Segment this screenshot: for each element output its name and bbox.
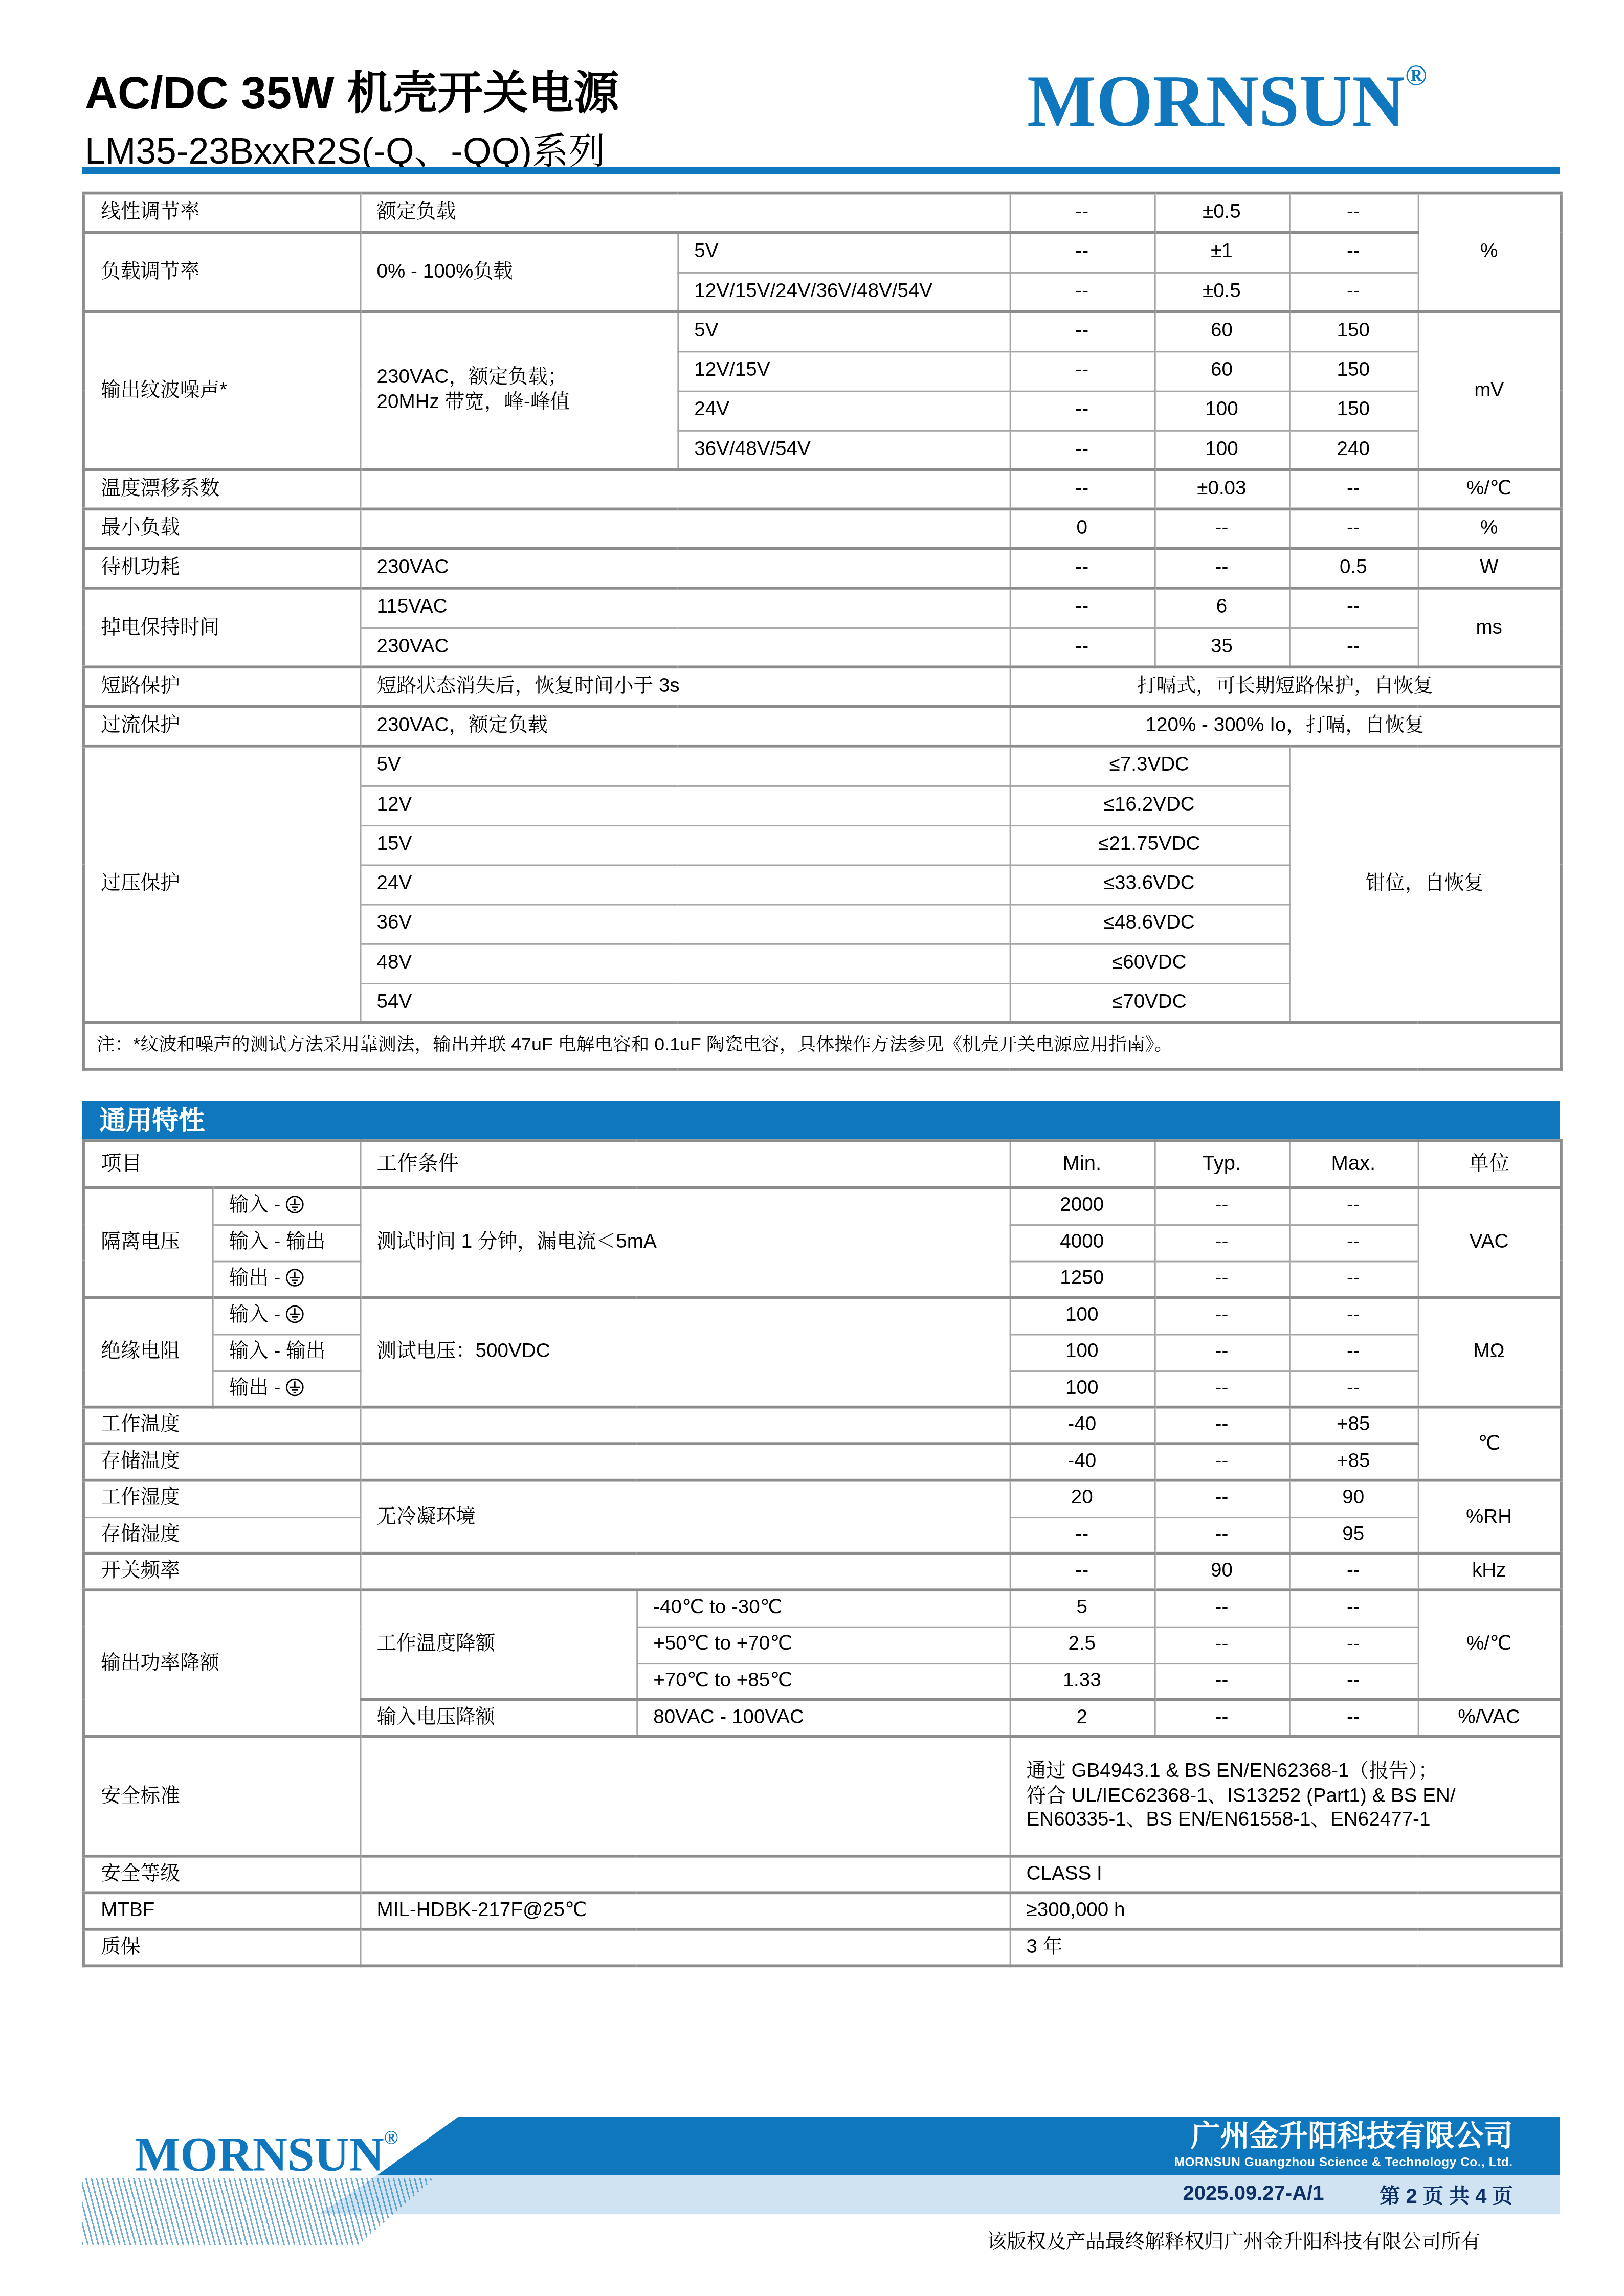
min-cell: 5 <box>1010 1590 1154 1627</box>
max-cell: 95 <box>1289 1517 1418 1554</box>
scale-wrap: AC/DC 35W 机壳开关电源 LM35-23BxxR2S(-Q、-QQ)系列… <box>0 0 1624 2296</box>
min-cell: -- <box>1010 311 1154 351</box>
min-cell: 2 <box>1010 1700 1154 1737</box>
sub-cell: 5V <box>677 233 1009 272</box>
row-isolation-input-ground: 隔离电压 输入 - 测试时间 1 分钟，漏电流＜5mA 2000 -- -- V… <box>83 1188 1561 1225</box>
unit-cell: %/℃ <box>1418 469 1561 509</box>
row-over-current: 过流保护 230VAC，额定负载 120% - 300% Io，打嗝，自恢复 <box>83 707 1561 746</box>
max-cell: -- <box>1289 1334 1418 1371</box>
value-cell: ≥300,000 h <box>1010 1893 1561 1929</box>
max-cell: 150 <box>1289 311 1418 351</box>
unit-cell: mV <box>1418 311 1561 469</box>
typ-cell: -- <box>1154 1590 1289 1627</box>
param-cell: 安全标准 <box>83 1736 360 1856</box>
empty-cell <box>360 509 1010 548</box>
param-cell: 绝缘电阻 <box>83 1297 212 1407</box>
min-cell: -- <box>1010 627 1154 667</box>
max-cell: 0.5 <box>1289 549 1418 588</box>
param-cell: 工作湿度 <box>83 1480 360 1517</box>
value-cell: ≤48.6VDC <box>1010 904 1289 943</box>
param-cell: 存储湿度 <box>83 1517 360 1554</box>
value-cell: ≤33.6VDC <box>1010 864 1289 904</box>
min-cell: -- <box>1010 1517 1154 1554</box>
footer-version-line: 2025.09.27-A/1 第 2 页 共 4 页 <box>1183 2181 1512 2210</box>
min-cell: 1250 <box>1010 1261 1154 1298</box>
typ-cell: ±0.5 <box>1154 272 1289 311</box>
row-mtbf: MTBF MIL-HDBK-217F@25℃ ≥300,000 h <box>83 1893 1561 1929</box>
param-cell: 过压保护 <box>83 746 360 1023</box>
row-storage-temp: 存储温度 -40 -- +85 <box>83 1444 1561 1480</box>
typ-cell: 35 <box>1154 627 1289 667</box>
header-max-cell: Max. <box>1289 1141 1418 1188</box>
value-cell: ≤7.3VDC <box>1010 746 1289 785</box>
cond-cell: +70℃ to +85℃ <box>636 1663 1009 1700</box>
max-cell: -- <box>1289 1627 1418 1663</box>
max-cell: -- <box>1289 1261 1418 1298</box>
row-safety-standards: 安全标准 通过 GB4943.1 & BS EN/EN62368-1（报告）； … <box>83 1736 1561 1856</box>
sub-cell: 工作温度降额 <box>360 1590 637 1700</box>
value-cell: 3 年 <box>1010 1929 1561 1966</box>
param-cell: 工作温度 <box>83 1407 360 1444</box>
max-cell: -- <box>1289 1370 1418 1407</box>
unit-cell: VAC <box>1418 1188 1561 1298</box>
min-cell: 4000 <box>1010 1224 1154 1261</box>
row-derating-temp-1: 输出功率降额 工作温度降额 -40℃ to -30℃ 5 -- -- %/℃ <box>83 1590 1561 1627</box>
sub-cell: 输入电压降额 <box>360 1700 637 1737</box>
sub-cell: 输入 - 输出 <box>212 1334 360 1371</box>
doc-version: 2025.09.27-A/1 <box>1183 2181 1324 2210</box>
general-table: 项目 工作条件 Min. Typ. Max. 单位 隔离电压 输入 - 测试时间… <box>82 1139 1563 1967</box>
max-cell: -- <box>1289 1188 1418 1225</box>
max-cell: 150 <box>1289 391 1418 430</box>
typ-cell: ±1 <box>1154 233 1289 272</box>
typ-cell: -- <box>1154 1370 1289 1407</box>
typ-cell: -- <box>1154 1188 1289 1225</box>
empty-cell <box>360 1407 1010 1444</box>
sub-label: 输入 - <box>229 1303 281 1325</box>
min-cell: 20 <box>1010 1480 1154 1517</box>
cond-cell: -40℃ to -30℃ <box>636 1590 1009 1627</box>
typ-cell: -- <box>1154 1517 1289 1554</box>
value-cell: ≤16.2VDC <box>1010 785 1289 825</box>
unit-cell: % <box>1418 509 1561 548</box>
param-cell: 掉电保持时间 <box>83 588 360 667</box>
section-header-general: 通用特性 <box>82 1101 1560 1139</box>
param-cell: 安全等级 <box>83 1856 360 1893</box>
max-cell: -- <box>1289 1554 1418 1590</box>
min-cell: -- <box>1010 469 1154 509</box>
sub-cell: 输入 - 输出 <box>212 1224 360 1261</box>
empty-cell <box>360 1929 1010 1966</box>
ground-icon <box>285 1268 304 1287</box>
sub-cell: 12V <box>360 785 1010 825</box>
sub-cell: 24V <box>677 391 1009 430</box>
max-cell: -- <box>1289 1590 1418 1627</box>
header-divider <box>82 167 1560 174</box>
cond-cell: 230VAC，额定负载； 20MHz 带宽，峰-峰值 <box>360 311 678 469</box>
typ-cell: -- <box>1154 1663 1289 1700</box>
footer-company: 广州金升阳科技有限公司 MORNSUN Guangzhou Science & … <box>1174 2121 1513 2169</box>
row-temp-drift: 温度漂移系数 -- ±0.03 -- %/℃ <box>83 469 1561 509</box>
min-cell: -- <box>1010 351 1154 390</box>
min-cell: 100 <box>1010 1297 1154 1334</box>
row-switching-frequency: 开关频率 -- 90 -- kHz <box>83 1554 1561 1590</box>
value-cell: 通过 GB4943.1 & BS EN/EN62368-1（报告）； 符合 UL… <box>1010 1736 1561 1856</box>
header-typ-cell: Typ. <box>1154 1141 1289 1188</box>
empty-cell <box>360 1554 1010 1590</box>
param-cell: 过流保护 <box>83 707 360 746</box>
row-min-load: 最小负载 0 -- -- % <box>83 509 1561 548</box>
datasheet-page: AC/DC 35W 机壳开关电源 LM35-23BxxR2S(-Q、-QQ)系列… <box>0 0 1624 2296</box>
param-cell: 存储温度 <box>83 1444 360 1480</box>
sub-cell: 24V <box>360 864 1010 904</box>
unit-cell: ms <box>1418 588 1561 667</box>
max-cell: -- <box>1289 193 1418 233</box>
header-min-cell: Min. <box>1010 1141 1154 1188</box>
company-name-en: MORNSUN Guangzhou Science & Technology C… <box>1174 2154 1513 2169</box>
sub-cell: 54V <box>360 983 1010 1022</box>
sub-cell: 15V <box>360 825 1010 864</box>
min-cell: 2.5 <box>1010 1627 1154 1663</box>
cond-cell: 测试电压：500VDC <box>360 1297 1010 1407</box>
row-linear-regulation: 线性调节率 额定负载 -- ±0.5 -- % <box>83 193 1561 233</box>
row-safety-class: 安全等级 CLASS I <box>83 1856 1561 1893</box>
row-standby-power: 待机功耗 230VAC -- -- 0.5 W <box>83 549 1561 588</box>
min-cell: -- <box>1010 193 1154 233</box>
max-cell: -- <box>1289 509 1418 548</box>
value-cell: ≤70VDC <box>1010 983 1289 1022</box>
company-name-cn: 广州金升阳科技有限公司 <box>1174 2121 1513 2155</box>
param-cell: 质保 <box>83 1929 360 1966</box>
unit-cell: %/VAC <box>1418 1700 1561 1737</box>
sub-cell: 5V <box>360 746 1010 785</box>
unit-cell: MΩ <box>1418 1297 1561 1407</box>
typ-cell: ±0.5 <box>1154 193 1289 233</box>
sub-label: 输出 - <box>229 1267 281 1289</box>
cond-cell: 测试时间 1 分钟，漏电流＜5mA <box>360 1188 1010 1298</box>
mornsun-logo: MORNSUN® <box>1027 61 1427 138</box>
header-cond-cell: 工作条件 <box>360 1141 1010 1188</box>
sub-cell: 输入 - <box>212 1297 360 1334</box>
cond-cell: 230VAC，额定负载 <box>360 707 1010 746</box>
max-cell: -- <box>1289 627 1418 667</box>
min-cell: -- <box>1010 588 1154 627</box>
note-cell: 注：*纹波和噪声的测试方法采用靠测法，输出并联 47uF 电解电容和 0.1uF… <box>83 1022 1561 1069</box>
param-cell: 负载调节率 <box>83 233 360 311</box>
row-note: 注：*纹波和噪声的测试方法采用靠测法，输出并联 47uF 电解电容和 0.1uF… <box>83 1022 1561 1069</box>
sub-cell: 5V <box>677 311 1009 351</box>
registered-mark: ® <box>1405 60 1427 92</box>
value-cell: ≤21.75VDC <box>1010 825 1289 864</box>
param-cell: 短路保护 <box>83 667 360 706</box>
unit-cell: % <box>1418 193 1561 312</box>
row-insulation-input-ground: 绝缘电阻 输入 - 测试电压：500VDC 100 -- -- MΩ <box>83 1297 1561 1334</box>
row-ovp-5v: 过压保护 5V ≤7.3VDC 钳位，自恢复 <box>83 746 1561 785</box>
sub-cell: 输出 - <box>212 1370 360 1407</box>
cond-cell: 无冷凝环境 <box>360 1480 1010 1554</box>
min-cell: -- <box>1010 272 1154 311</box>
page-title: AC/DC 35W 机壳开关电源 <box>85 56 619 122</box>
header-item-cell: 项目 <box>83 1141 360 1188</box>
min-cell: 0 <box>1010 509 1154 548</box>
typ-cell: -- <box>1154 509 1289 548</box>
typ-cell: -- <box>1154 1480 1289 1517</box>
typ-cell: 100 <box>1154 391 1289 430</box>
min-cell: 100 <box>1010 1334 1154 1371</box>
typ-cell: -- <box>1154 1407 1289 1444</box>
unit-cell: W <box>1418 549 1561 588</box>
cond-cell: 230VAC <box>360 627 1010 667</box>
ground-icon <box>285 1305 304 1324</box>
footer-copyright: 该版权及产品最终解释权归广州金升阳科技有限公司所有 <box>987 2225 1480 2254</box>
row-short-circuit: 短路保护 短路状态消失后，恢复时间小于 3s 打嗝式，可长期短路保护，自恢复 <box>83 667 1561 706</box>
row-operating-temp: 工作温度 -40 -- +85 ℃ <box>83 1407 1561 1444</box>
typ-cell: -- <box>1154 1334 1289 1371</box>
typ-cell: 100 <box>1154 430 1289 469</box>
value-cell: ≤60VDC <box>1010 943 1289 983</box>
cond-cell: 短路状态消失后，恢复时间小于 3s <box>360 667 1010 706</box>
sub-cell: 36V/48V/54V <box>677 430 1009 469</box>
row-holdup-115vac: 掉电保持时间 115VAC -- 6 -- ms <box>83 588 1561 627</box>
footer-logo-text: MORNSUN <box>135 2130 384 2182</box>
min-cell: 2000 <box>1010 1188 1154 1225</box>
value-cell: 打嗝式，可长期短路保护，自恢复 <box>1010 667 1561 706</box>
typ-cell: 90 <box>1154 1554 1289 1590</box>
empty-cell <box>360 469 1010 509</box>
sub-label: 输出 - <box>229 1376 281 1398</box>
cond-cell: +50℃ to +70℃ <box>636 1627 1009 1663</box>
max-cell: +85 <box>1289 1407 1418 1444</box>
sub-label: 输入 - <box>229 1194 281 1216</box>
max-cell: 150 <box>1289 351 1418 390</box>
sub-cell: 12V/15V <box>677 351 1009 390</box>
typ-cell: -- <box>1154 1224 1289 1261</box>
page-number: 第 2 页 共 4 页 <box>1380 2181 1512 2210</box>
row-header: 项目 工作条件 Min. Typ. Max. 单位 <box>83 1141 1561 1188</box>
param-cell: 开关频率 <box>83 1554 360 1590</box>
cond-cell: 115VAC <box>360 588 1010 627</box>
cond-cell: 80VAC - 100VAC <box>636 1700 1009 1737</box>
registered-mark: ® <box>384 2127 398 2149</box>
footer-mornsun-logo: MORNSUN® <box>135 2128 398 2181</box>
spec-table: 线性调节率 额定负载 -- ±0.5 -- % 负载调节率 0% - 100%负… <box>82 192 1563 1071</box>
max-cell: -- <box>1289 588 1418 627</box>
unit-cell: %RH <box>1418 1480 1561 1554</box>
max-cell: -- <box>1289 1663 1418 1700</box>
max-cell: -- <box>1289 469 1418 509</box>
max-cell: +85 <box>1289 1444 1418 1480</box>
value-cell: 120% - 300% Io，打嗝，自恢复 <box>1010 707 1561 746</box>
sub-cell: 12V/15V/24V/36V/48V/54V <box>677 272 1009 311</box>
param-cell: 最小负载 <box>83 509 360 548</box>
max-cell: -- <box>1289 272 1418 311</box>
value-cell: CLASS I <box>1010 1856 1561 1893</box>
typ-cell: 60 <box>1154 351 1289 390</box>
param-cell: 隔离电压 <box>83 1188 212 1298</box>
mornsun-logo-text: MORNSUN <box>1027 60 1405 142</box>
value-cell: 钳位，自恢复 <box>1289 746 1561 1023</box>
header-unit-cell: 单位 <box>1418 1141 1561 1188</box>
min-cell: -40 <box>1010 1444 1154 1480</box>
cond-cell: 0% - 100%负载 <box>360 233 678 311</box>
min-cell: 1.33 <box>1010 1663 1154 1700</box>
max-cell: -- <box>1289 233 1418 272</box>
ground-icon <box>285 1196 304 1214</box>
cond-cell: 230VAC <box>360 549 1010 588</box>
cond-cell: 额定负载 <box>360 193 1010 233</box>
param-cell: 输出纹波噪声* <box>83 311 360 469</box>
min-cell: -- <box>1010 1554 1154 1590</box>
cond-cell: MIL-HDBK-217F@25℃ <box>360 1893 1010 1929</box>
min-cell: -- <box>1010 391 1154 430</box>
min-cell: -40 <box>1010 1407 1154 1444</box>
typ-cell: 60 <box>1154 311 1289 351</box>
max-cell: 240 <box>1289 430 1418 469</box>
sub-cell: 48V <box>360 943 1010 983</box>
empty-cell <box>360 1444 1010 1480</box>
empty-cell <box>360 1736 1010 1856</box>
param-cell: 线性调节率 <box>83 193 360 233</box>
empty-cell <box>360 1856 1010 1893</box>
max-cell: -- <box>1289 1297 1418 1334</box>
typ-cell: -- <box>1154 1700 1289 1737</box>
row-ripple-5v: 输出纹波噪声* 230VAC，额定负载； 20MHz 带宽，峰-峰值 5V --… <box>83 311 1561 351</box>
row-operating-humidity: 工作湿度 无冷凝环境 20 -- 90 %RH <box>83 1480 1561 1517</box>
typ-cell: -- <box>1154 1297 1289 1334</box>
unit-cell: kHz <box>1418 1554 1561 1590</box>
unit-cell: ℃ <box>1418 1407 1561 1480</box>
max-cell: -- <box>1289 1700 1418 1737</box>
row-warranty: 质保 3 年 <box>83 1929 1561 1966</box>
param-cell: 输出功率降额 <box>83 1590 360 1736</box>
max-cell: 90 <box>1289 1480 1418 1517</box>
param-cell: 待机功耗 <box>83 549 360 588</box>
max-cell: -- <box>1289 1224 1418 1261</box>
min-cell: 100 <box>1010 1370 1154 1407</box>
typ-cell: -- <box>1154 1261 1289 1298</box>
min-cell: -- <box>1010 549 1154 588</box>
typ-cell: ±0.03 <box>1154 469 1289 509</box>
typ-cell: -- <box>1154 1444 1289 1480</box>
typ-cell: -- <box>1154 1627 1289 1663</box>
min-cell: -- <box>1010 430 1154 469</box>
param-cell: MTBF <box>83 1893 360 1929</box>
unit-cell: %/℃ <box>1418 1590 1561 1700</box>
ground-icon <box>285 1378 304 1397</box>
min-cell: -- <box>1010 233 1154 272</box>
sub-cell: 输出 - <box>212 1261 360 1298</box>
param-cell: 温度漂移系数 <box>83 469 360 509</box>
typ-cell: 6 <box>1154 588 1289 627</box>
sub-cell: 输入 - <box>212 1188 360 1225</box>
row-load-regulation-5v: 负载调节率 0% - 100%负载 5V -- ±1 -- <box>83 233 1561 272</box>
sub-cell: 36V <box>360 904 1010 943</box>
typ-cell: -- <box>1154 549 1289 588</box>
